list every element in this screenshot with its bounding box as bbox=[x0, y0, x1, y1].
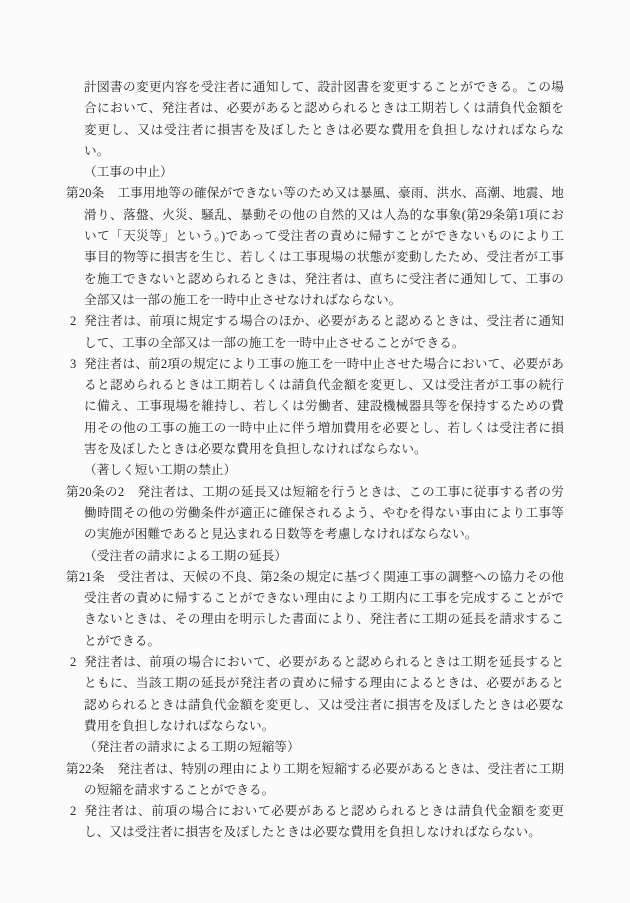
paragraph-number: 3 bbox=[70, 354, 84, 375]
article-20-paragraph-3: 3発注者は、前2項の規定により工事の施工を一時中止させた場合において、必要がある… bbox=[66, 354, 564, 460]
section-heading-period-shortening: （発注者の請求による工期の短縮等） bbox=[66, 737, 564, 758]
document-page: 計図書の変更内容を受注者に通知して、設計図書を変更することができる。この場合にお… bbox=[0, 0, 630, 903]
section-heading-period-extension: （受注者の請求による工期の延長） bbox=[66, 546, 564, 567]
paragraph-text: 発注者は、工期の延長又は短縮を行うときは、この工事に従事する者の労働時間その他の… bbox=[84, 485, 564, 542]
paragraph-text: 発注者は、前項に規定する場合のほか、必要があると認めるときは、受注者に通知して、… bbox=[84, 314, 564, 349]
article-21-paragraph-2: 2発注者は、前項の場合において、必要があると認められるときは工期を延長するととも… bbox=[66, 652, 564, 737]
paragraph-text: 工事用地等の確保ができない等のため又は暴風、豪雨、洪水、高潮、地震、地滑り、落盤… bbox=[84, 186, 564, 306]
paragraph-number: 2 bbox=[70, 311, 84, 332]
article-21-paragraph-1: 第21条受注者は、天候の不良、第2条の規定に基づく関連工事の調整への協力その他受… bbox=[66, 567, 564, 652]
paragraph-text: 発注者は、前項の場合において必要があると認められるときは請負代金額を変更し、又は… bbox=[84, 804, 564, 839]
article-number: 第22条 bbox=[66, 762, 104, 776]
article-22-paragraph-1: 第22条発注者は、特別の理由により工期を短縮する必要があるときは、受注者に工期の… bbox=[66, 759, 564, 802]
clause-continuation: 計図書の変更内容を受注者に通知して、設計図書を変更することができる。この場合にお… bbox=[66, 77, 564, 162]
article-number: 第21条 bbox=[66, 570, 105, 584]
section-heading-work-suspension: （工事の中止） bbox=[66, 162, 564, 183]
paragraph-number: 2 bbox=[70, 801, 84, 822]
article-number: 第20条の2 bbox=[66, 485, 124, 499]
article-22-paragraph-2: 2発注者は、前項の場合において必要があると認められるときは請負代金額を変更し、又… bbox=[66, 801, 564, 844]
section-heading-short-period-prohibition: （著しく短い工期の禁止） bbox=[66, 460, 564, 481]
paragraph-text: 受注者は、天候の不良、第2条の規定に基づく関連工事の調整への協力その他受注者の責… bbox=[84, 570, 564, 648]
paragraph-text: 発注者は、前項の場合において、必要があると認められるときは工期を延長するとともに… bbox=[84, 655, 564, 733]
article-20-paragraph-2: 2発注者は、前項に規定する場合のほか、必要があると認めるときは、受注者に通知して… bbox=[66, 311, 564, 354]
paragraph-text: 発注者は、前2項の規定により工事の施工を一時中止させた場合において、必要があると… bbox=[84, 357, 564, 456]
article-20-2-paragraph-1: 第20条の2発注者は、工期の延長又は短縮を行うときは、この工事に従事する者の労働… bbox=[66, 482, 564, 546]
article-20-paragraph-1: 第20条工事用地等の確保ができない等のため又は暴風、豪雨、洪水、高潮、地震、地滑… bbox=[66, 183, 564, 311]
article-number: 第20条 bbox=[66, 186, 104, 200]
paragraph-text: 発注者は、特別の理由により工期を短縮する必要があるときは、受注者に工期の短縮を請… bbox=[84, 762, 564, 797]
paragraph-number: 2 bbox=[70, 652, 84, 673]
